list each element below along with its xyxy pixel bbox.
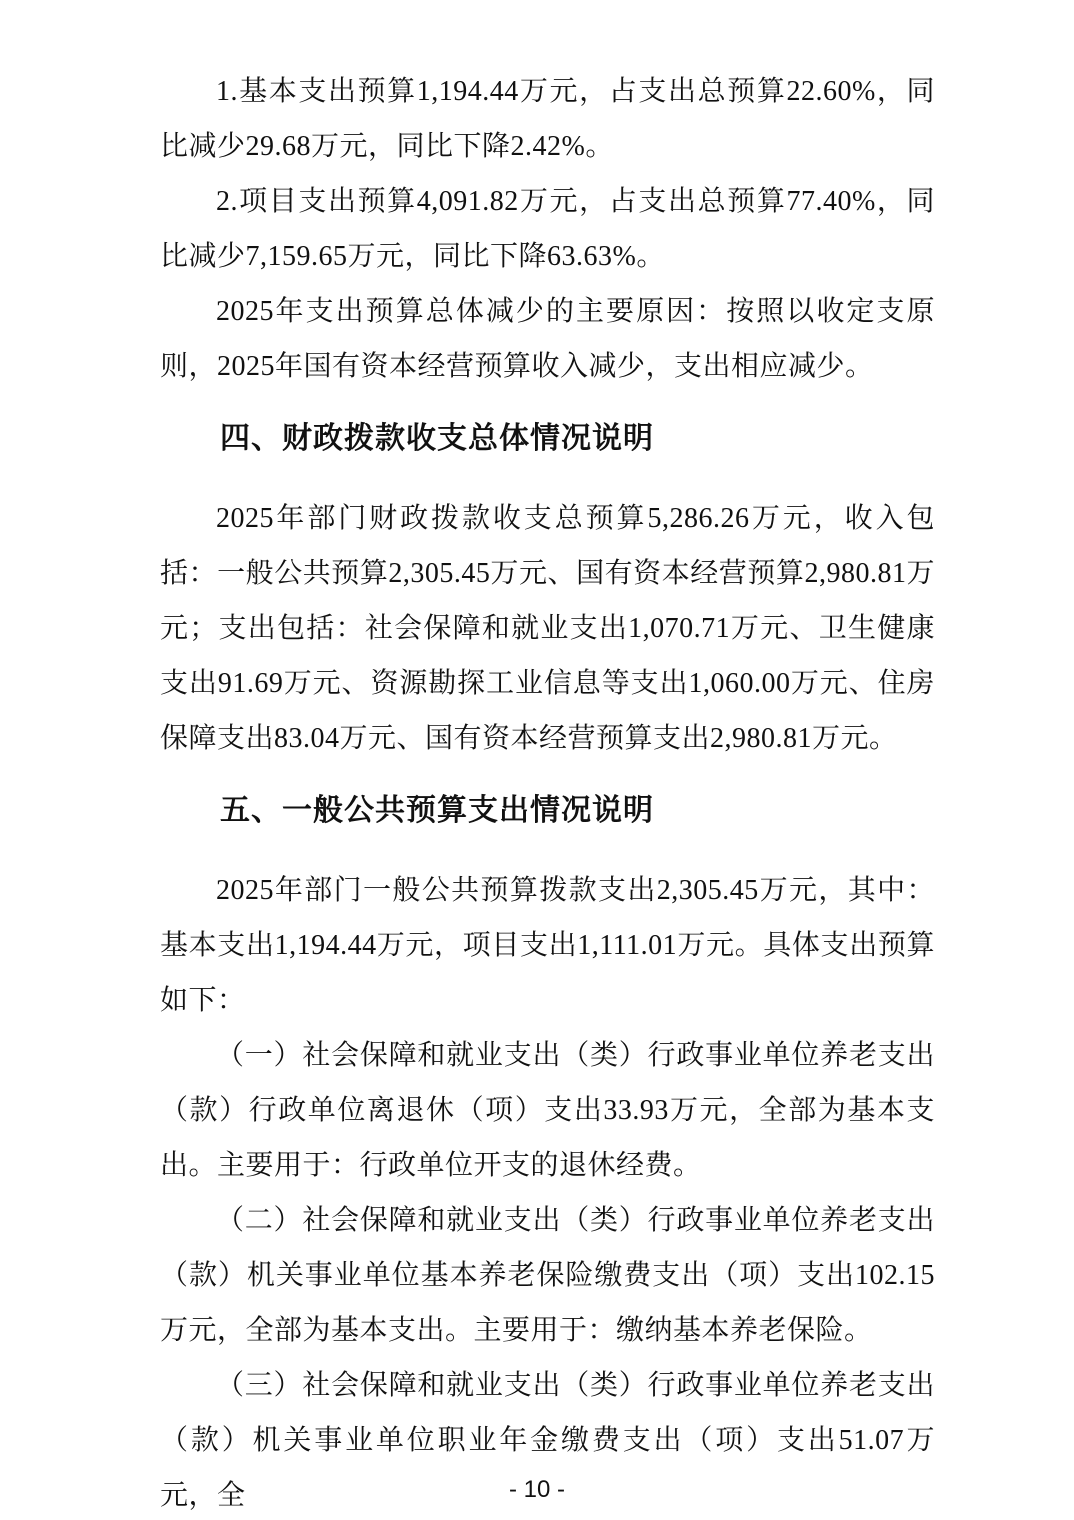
document-body: 1.基本支出预算1,194.44万元，占支出总预算22.60%，同比减少29.6… bbox=[160, 64, 935, 1520]
paragraph-decrease-reason: 2025年支出预算总体减少的主要原因：按照以收定支原则，2025年国有资本经营预… bbox=[160, 284, 935, 394]
paragraph-item-two: （二）社会保障和就业支出（类）行政事业单位养老支出（款）机关事业单位基本养老保险… bbox=[160, 1193, 935, 1358]
section-heading-four: 四、财政拨款收支总体情况说明 bbox=[160, 411, 935, 466]
document-page: 1.基本支出预算1,194.44万元，占支出总预算22.60%，同比减少29.6… bbox=[0, 0, 1074, 1520]
paragraph-fiscal-appropriation-total: 2025年部门财政拨款收支总预算5,286.26万元，收入包括：一般公共预算2,… bbox=[160, 491, 935, 766]
paragraph-general-public-budget: 2025年部门一般公共预算拨款支出2,305.45万元，其中：基本支出1,194… bbox=[160, 863, 935, 1028]
paragraph-project-expenditure: 2.项目支出预算4,091.82万元，占支出总预算77.40%，同比减少7,15… bbox=[160, 174, 935, 284]
section-heading-five: 五、一般公共预算支出情况说明 bbox=[160, 783, 935, 838]
page-number: - 10 - bbox=[0, 1478, 1074, 1502]
paragraph-item-one: （一）社会保障和就业支出（类）行政事业单位养老支出（款）行政单位离退休（项）支出… bbox=[160, 1028, 935, 1193]
paragraph-basic-expenditure: 1.基本支出预算1,194.44万元，占支出总预算22.60%，同比减少29.6… bbox=[160, 64, 935, 174]
